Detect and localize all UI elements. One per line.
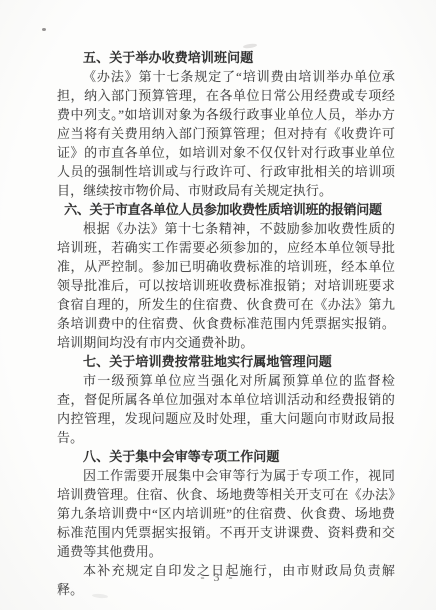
section-5-paragraph: 《办法》第十七条规定了“培训费由培训举办单位承担，纳入部门预算管理，在各单位日常… bbox=[57, 67, 395, 200]
section-6-heading: 六、关于市直各单位人员参加收费性质培训班的报销问题 bbox=[57, 200, 395, 219]
section-7-heading: 七、关于培训费按常驻地实行属地管理问题 bbox=[57, 352, 395, 371]
document-body: 五、关于举办收费培训班问题 《办法》第十七条规定了“培训费由培训举办单位承担，纳… bbox=[57, 48, 395, 599]
section-6-paragraph: 根据《办法》第十七条精神，不鼓励参加收费性质的培训班，若确实工作需要必须参加的，… bbox=[57, 219, 395, 352]
section-8-paragraph: 因工作需要开展集中会审等行为属于专项工作，视同培训费管理。住宿、伙食、场地费等相… bbox=[57, 466, 395, 561]
document-page: 五、关于举办收费培训班问题 《办法》第十七条规定了“培训费由培训举办单位承担，纳… bbox=[0, 0, 436, 610]
page-number: - 3 - bbox=[0, 571, 436, 584]
section-7-paragraph: 市一级预算单位应当强化对所属预算单位的监督检查，督促所属各单位加强对本单位培训活… bbox=[57, 371, 395, 447]
scan-speck bbox=[42, 28, 46, 31]
section-8-heading: 八、关于集中会审等专项工作问题 bbox=[57, 447, 395, 466]
section-5-heading: 五、关于举办收费培训班问题 bbox=[57, 48, 395, 67]
